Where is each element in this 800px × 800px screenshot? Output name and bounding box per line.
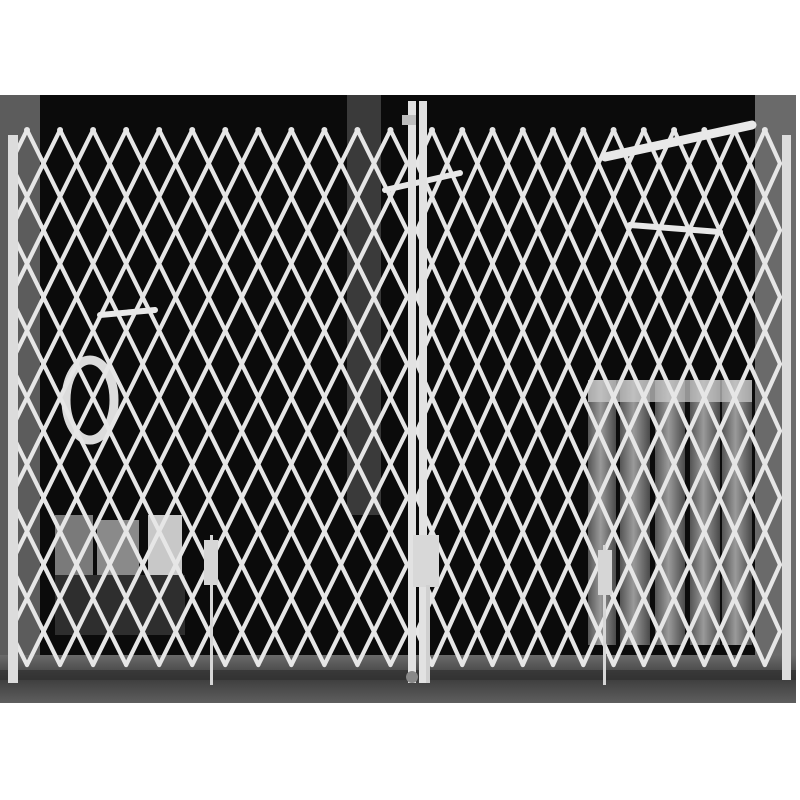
gate-scene (0, 95, 796, 703)
left-end-post (8, 135, 18, 683)
gate-photo (0, 95, 796, 703)
right-end-post (782, 135, 791, 680)
boxes (55, 515, 185, 635)
